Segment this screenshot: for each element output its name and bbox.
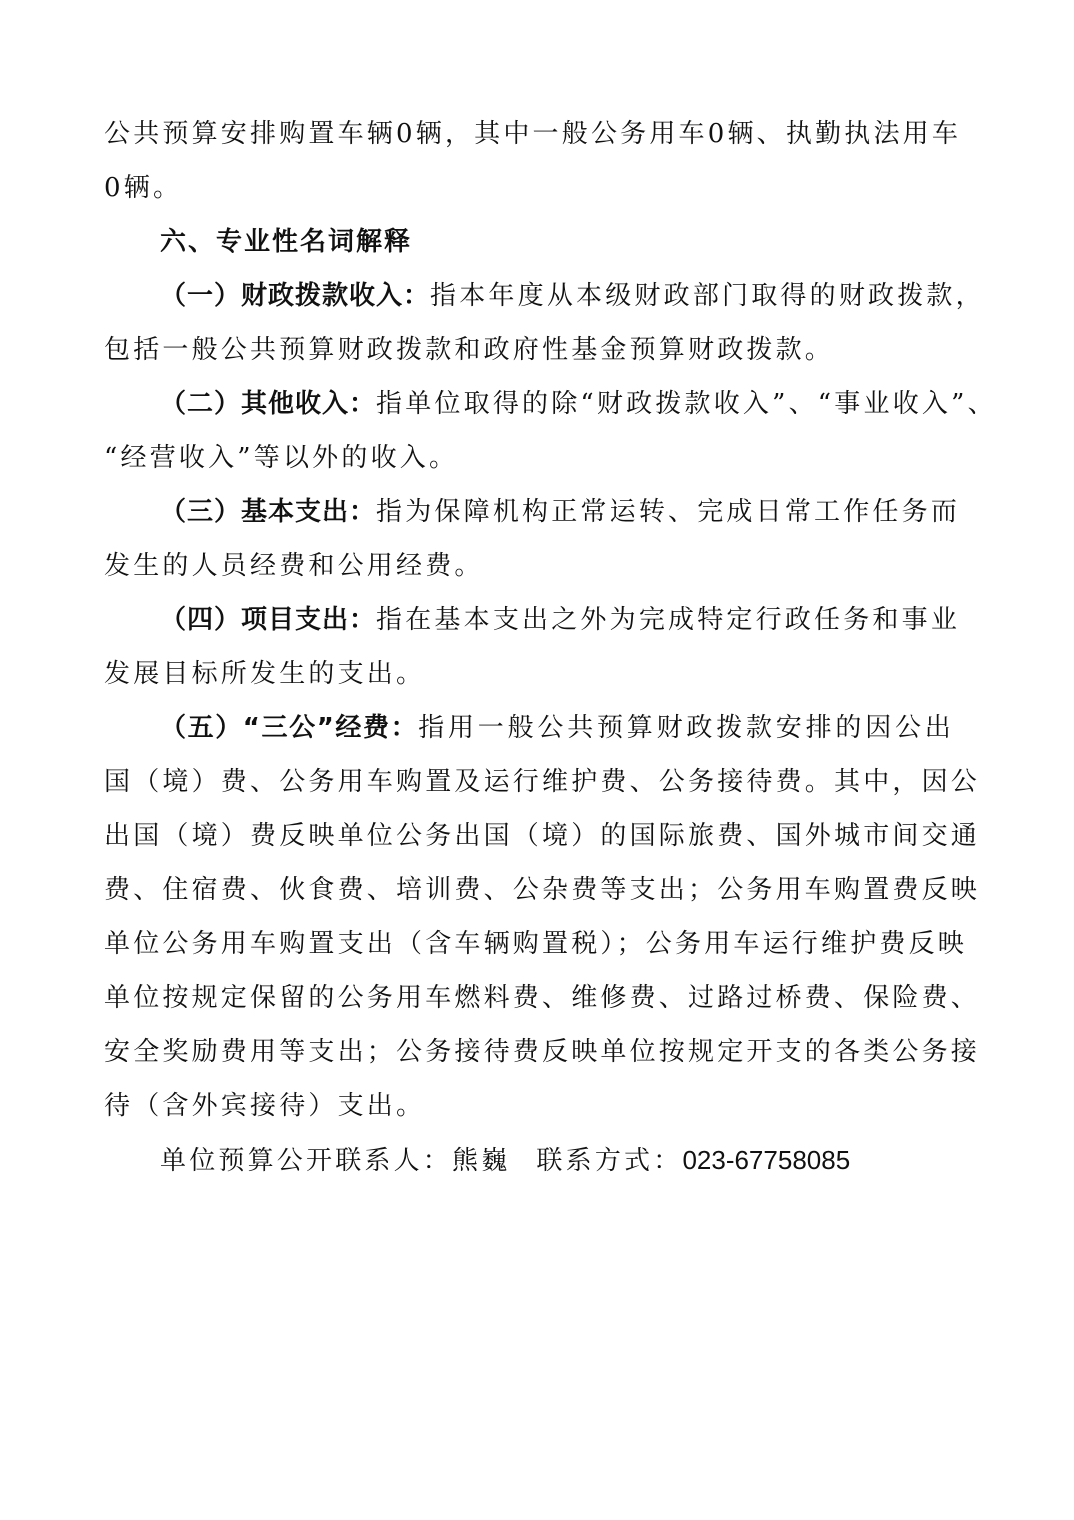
definition-1-text: 指本年度从本级财政部门取得的财政拨款，: [430, 281, 985, 311]
definition-1-line-1: （一）财政拨款收入：指本年度从本级财政部门取得的财政拨款，: [160, 279, 954, 313]
definition-4-term: （四）项目支出：: [160, 605, 376, 635]
definition-2-term: （二）其他收入：: [160, 389, 376, 419]
contact-method-label: 联系方式：: [536, 1146, 682, 1176]
definition-3-line-1: （三）基本支出：指为保障机构正常运转、完成日常工作任务而: [160, 495, 954, 529]
definition-3-line-2: 发生的人员经费和公用经费。: [104, 549, 954, 583]
definition-2-line-1: （二）其他收入：指单位取得的除“财政拨款收入”、“事业收入”、: [160, 387, 954, 421]
definition-3-term: （三）基本支出：: [160, 497, 376, 527]
definition-5-line-3: 出国（境）费反映单位公务出国（境）的国际旅费、国外城市间交通: [104, 819, 954, 853]
contact-person-name: 熊巍: [452, 1146, 510, 1176]
definition-5-text: 指用一般公共预算财政拨款安排的因公出: [418, 713, 954, 743]
definition-5-line-2: 国（境）费、公务用车购置及运行维护费、公务接待费。其中，因公: [104, 765, 954, 799]
definition-5-line-8: 待（含外宾接待）支出。: [104, 1089, 954, 1123]
contact-person-label: 单位预算公开联系人：: [160, 1146, 452, 1176]
definition-5-line-4: 费、住宿费、伙食费、培训费、公杂费等支出；公务用车购置费反映: [104, 873, 954, 907]
intro-line-2: 0辆。: [104, 171, 954, 205]
definition-4-text: 指在基本支出之外为完成特定行政任务和事业: [376, 605, 960, 635]
definition-4-line-2: 发展目标所发生的支出。: [104, 657, 954, 691]
definition-1-line-2: 包括一般公共预算财政拨款和政府性基金预算财政拨款。: [104, 333, 954, 367]
section-heading: 六、专业性名词解释: [160, 225, 954, 259]
definition-5-line-1: （五）“三公”经费：指用一般公共预算财政拨款安排的因公出: [160, 711, 954, 745]
definition-2-text: 指单位取得的除“财政拨款收入”、“事业收入”、: [376, 389, 997, 419]
definition-4-line-1: （四）项目支出：指在基本支出之外为完成特定行政任务和事业: [160, 603, 954, 637]
definition-5-line-6: 单位按规定保留的公务用车燃料费、维修费、过路过桥费、保险费、: [104, 981, 954, 1015]
intro-line-1: 公共预算安排购置车辆0辆，其中一般公务用车0辆、执勤执法用车: [104, 117, 954, 151]
definition-3-text: 指为保障机构正常运转、完成日常工作任务而: [376, 497, 960, 527]
definition-5-line-7: 安全奖励费用等支出；公务接待费反映单位按规定开支的各类公务接: [104, 1035, 954, 1069]
definition-5-term: （五）“三公”经费：: [160, 713, 418, 743]
contact-line: 单位预算公开联系人：熊巍联系方式：023-67758085: [160, 1143, 954, 1178]
definition-1-term: （一）财政拨款收入：: [160, 281, 430, 311]
contact-phone: 023-67758085: [682, 1145, 850, 1175]
document-page: 公共预算安排购置车辆0辆，其中一般公务用车0辆、执勤执法用车 0辆。 六、专业性…: [0, 0, 1074, 1520]
definition-5-line-5: 单位公务用车购置支出（含车辆购置税）；公务用车运行维护费反映: [104, 927, 954, 961]
definition-2-line-2: “经营收入”等以外的收入。: [104, 441, 954, 475]
